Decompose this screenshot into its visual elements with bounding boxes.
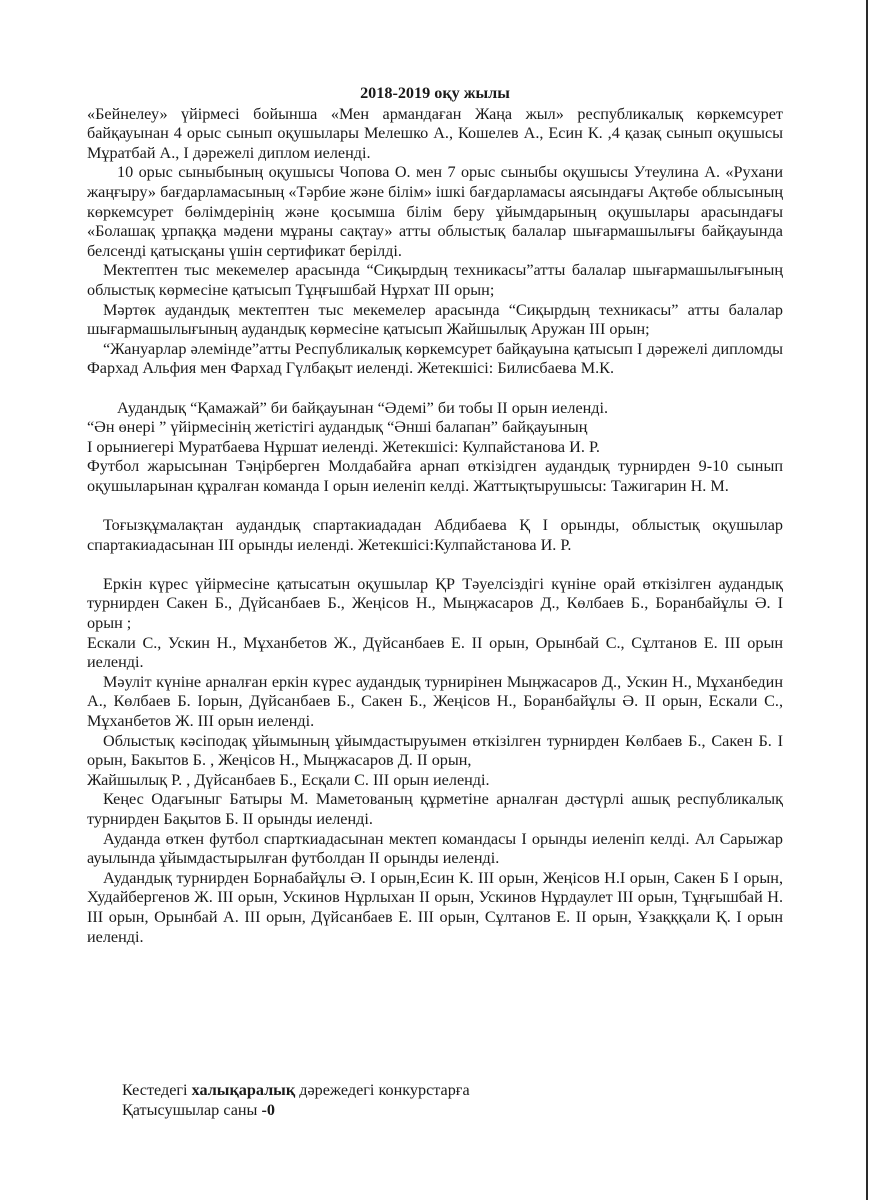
paragraph-magic-district: Мәртөк аудандық мектептен тыс мекемелер … (87, 301, 783, 340)
paragraph-wrestling-maulit: Мәуліт күніне арналған еркін күрес аудан… (87, 673, 783, 732)
paragraph-animals: “Жануарлар әлемінде”атты Республикалық к… (87, 340, 783, 379)
paragraph-togyzkumalak: Тоғызқұмалақтан аудандық спартакиададан … (87, 516, 783, 555)
paragraph-football-tournament: Футбол жарысынан Тәңірберген Молдабайға … (87, 457, 783, 496)
participant-count: -0 (261, 1101, 274, 1119)
paragraph-beineleu: «Бейнелеу» үйірмесі бойынша «Мен арманда… (87, 105, 783, 164)
paragraph-mametova: Кеңес Одағыныг Батыры М. Маметованың құр… (87, 790, 783, 829)
paragraph-magic-regional: Мектептен тыс мекемелер арасында “Сиқырд… (87, 261, 783, 300)
spacer (87, 496, 783, 516)
spacer (87, 379, 783, 399)
footer-text: дәрежедегі конкурстарға (295, 1081, 469, 1099)
document-title: 2018-2019 оқу жылы (87, 84, 783, 104)
paragraph-football-spartakiad: Ауданда өткен футбол спарткиадасынан мек… (87, 830, 783, 869)
paragraph-union-third: Жайшылық Р. , Дүйсанбаев Б., Есқали С. І… (87, 771, 783, 791)
paragraph-song-1: “Ән өнері ” үйірмесінің жетістігі ауданд… (87, 418, 783, 438)
spacer (87, 555, 783, 575)
scan-border (866, 0, 868, 1200)
footer-text: Кестедегі (122, 1081, 192, 1099)
paragraph-wrestling-independence: Еркін күрес үйірмесіне қатысатын оқушыла… (87, 575, 783, 634)
footer-text: Қатысушылар саны (122, 1101, 261, 1119)
paragraph-certificate: 10 орыс сыныбының оқушысы Чопова О. мен … (87, 163, 783, 261)
paragraph-dance: Аудандық “Қамажай” би байқауынан “Әдемі”… (87, 399, 783, 419)
document-body: 2018-2019 оқу жылы «Бейнелеу» үйірмесі б… (87, 84, 783, 947)
footer-line-1: Кестедегі халықаралық дәрежедегі конкурс… (122, 1080, 470, 1100)
footer-emphasis: халықаралық (192, 1081, 296, 1099)
paragraph-wrestling-places: Ескали С., Ускин Н., Мұханбетов Ж., Дүйс… (87, 634, 783, 673)
footer-line-2: Қатысушылар саны -0 (122, 1100, 470, 1120)
paragraph-union-tournament: Облыстық кәсіподақ ұйымының ұйымдастыруы… (87, 732, 783, 771)
paragraph-district-tournament: Аудандық турнирден Борнабайұлы Ә. І орын… (87, 869, 783, 947)
paragraph-song-2: І орыниегері Муратбаева Нұршат иеленді. … (87, 438, 783, 458)
summary-footer: Кестедегі халықаралық дәрежедегі конкурс… (122, 1080, 470, 1120)
